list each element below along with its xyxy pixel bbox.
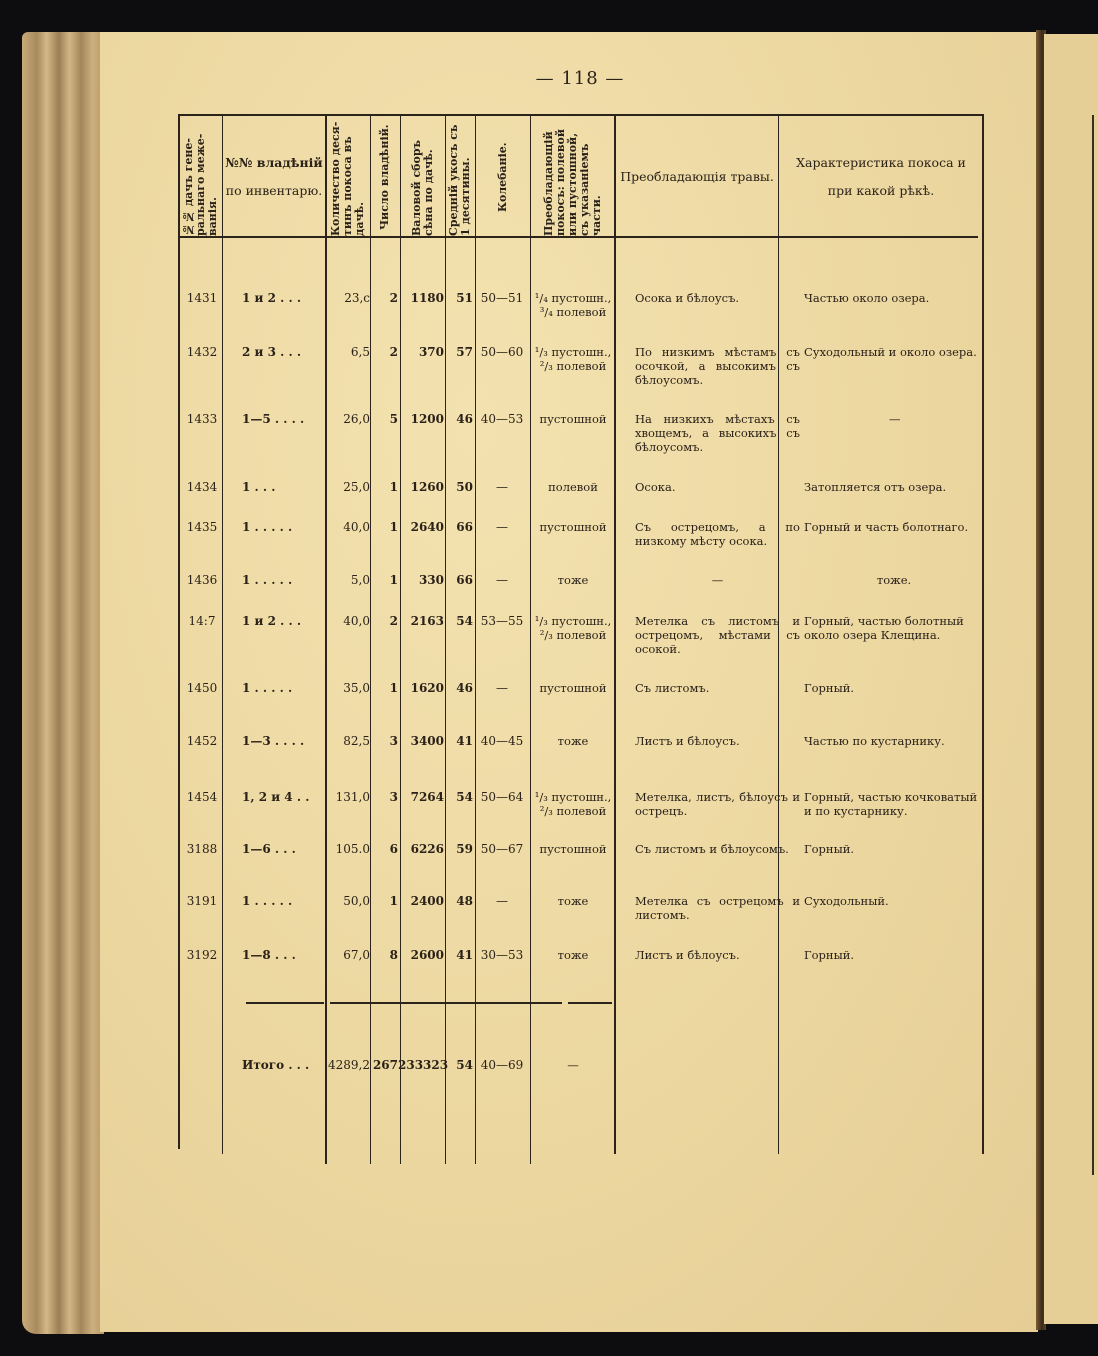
avg-yield: 41 <box>445 948 473 962</box>
gross-yield: 2163 <box>400 614 444 628</box>
header-characteristic: Характеристика покоса и при какой рѣкѣ. <box>782 118 980 236</box>
header-ownership-line2: по инвентарю. <box>226 177 322 205</box>
total-variation: 40—69 <box>475 1058 529 1072</box>
prevailing-type: полевой <box>531 480 615 494</box>
grasses: Осока. <box>635 480 800 494</box>
column-divider <box>475 114 476 1164</box>
header-characteristic-line2: при какой рѣкѣ. <box>828 177 934 205</box>
variation: 50—60 <box>475 345 529 359</box>
header-variation: Колебаніе. <box>477 118 529 236</box>
desyatins-qty: 5,0 <box>326 573 370 587</box>
ownership-range: 1—6 . . . <box>242 842 326 856</box>
characteristic: Суходольный. <box>804 894 984 908</box>
grasses: Листъ и бѣлоусъ. <box>635 948 800 962</box>
prevailing-type: тоже <box>531 573 615 587</box>
hay-statistics-table: №№ дачъ гене-ральнаго меже-ванія. №№ вла… <box>178 114 984 1154</box>
variation: — <box>475 573 529 587</box>
variation: 50—51 <box>475 291 529 305</box>
characteristic: Затопляется отъ озера. <box>804 480 984 494</box>
avg-yield: 54 <box>445 790 473 804</box>
avg-yield: 66 <box>445 520 473 534</box>
dacha-number: 1436 <box>182 573 222 587</box>
dacha-number: 1434 <box>182 480 222 494</box>
total-separator <box>330 1002 562 1004</box>
variation: 50—67 <box>475 842 529 856</box>
gross-yield: 6226 <box>400 842 444 856</box>
gross-yield: 2640 <box>400 520 444 534</box>
prevailing-type: пустошной <box>531 520 615 534</box>
total-label: Итого . . . <box>242 1058 326 1072</box>
owners-count: 1 <box>370 894 398 908</box>
owners-count: 2 <box>370 291 398 305</box>
desyatins-qty: 23,с <box>326 291 370 305</box>
prevailing-type: ¹/₄ пустошн., ³/₄ полевой <box>531 291 615 319</box>
gross-yield: 1180 <box>400 291 444 305</box>
characteristic: Частью около озера. <box>804 291 984 305</box>
table-left-border <box>178 114 180 1149</box>
avg-yield: 46 <box>445 681 473 695</box>
prevailing-type: тоже <box>531 734 615 748</box>
column-divider <box>222 114 223 1154</box>
variation: 40—45 <box>475 734 529 748</box>
page-number: — 118 — <box>0 68 1098 89</box>
owners-count: 5 <box>370 412 398 426</box>
header-desyatins-qty: Количество деся-тинъ покоса въ дачѣ. <box>328 118 368 236</box>
header-grasses: Преобладающія травы. <box>618 118 776 236</box>
characteristic: Горный и часть болотнаго. <box>804 520 984 534</box>
header-owners-count: Число владѣній. <box>372 118 398 236</box>
ownership-range: 1 . . . <box>242 480 326 494</box>
grasses: Метелка съ острецомъ и листомъ. <box>635 894 800 922</box>
characteristic: Горный, частью болотный около озера Клещ… <box>804 614 984 642</box>
variation: 50—64 <box>475 790 529 804</box>
desyatins-qty: 67,0 <box>326 948 370 962</box>
ownership-range: 1 . . . . . <box>242 681 326 695</box>
desyatins-qty: 50,0 <box>326 894 370 908</box>
owners-count: 6 <box>370 842 398 856</box>
header-prevailing-type: Преобладающій покосъ: полевой или пустош… <box>533 118 613 236</box>
ownership-range: 2 и 3 . . . <box>242 345 326 359</box>
owners-count: 2 <box>370 345 398 359</box>
prevailing-type: пустошной <box>531 681 615 695</box>
dacha-number: 1454 <box>182 790 222 804</box>
characteristic: Суходольный и около озера. <box>804 345 984 359</box>
grasses: Съ листомъ и бѣлоусомъ. <box>635 842 800 856</box>
grasses: Метелка съ листомъ и острецомъ, мѣстами … <box>635 614 800 656</box>
dacha-number: 1450 <box>182 681 222 695</box>
total-prevailing-type: — <box>531 1058 615 1072</box>
desyatins-qty: 35,0 <box>326 681 370 695</box>
desyatins-qty: 82,5 <box>326 734 370 748</box>
total-gross-yield: 233323 <box>398 1058 446 1072</box>
gross-yield: 1200 <box>400 412 444 426</box>
avg-yield: 57 <box>445 345 473 359</box>
header-dacha-no: №№ дачъ гене-ральнаго меже-ванія. <box>182 118 220 236</box>
desyatins-qty: 105.0 <box>326 842 370 856</box>
ownership-range: 1 и 2 . . . <box>242 614 326 628</box>
gross-yield: 7264 <box>400 790 444 804</box>
characteristic: Горный, частью кочковатый и по кустарник… <box>804 790 984 818</box>
grasses: Метелка, листъ, бѣлоусъ и острецъ. <box>635 790 800 818</box>
ownership-range: 1 . . . . . <box>242 520 326 534</box>
book-page-edges <box>22 32 104 1334</box>
owners-count: 8 <box>370 948 398 962</box>
avg-yield: 54 <box>445 614 473 628</box>
grasses: Осока и бѣлоусъ. <box>635 291 800 305</box>
grasses: На низкихъ мѣстахъ съ хвощемъ, а высоких… <box>635 412 800 454</box>
header-gross-yield: Валовой сборъ сѣна по дачѣ. <box>402 118 444 236</box>
dacha-number: 1431 <box>182 291 222 305</box>
prevailing-type: тоже <box>531 894 615 908</box>
column-divider <box>325 114 327 1164</box>
characteristic: тоже. <box>804 573 984 587</box>
variation: 53—55 <box>475 614 529 628</box>
table-top-rule <box>178 114 984 116</box>
gross-yield: 1260 <box>400 480 444 494</box>
avg-yield: 50 <box>445 480 473 494</box>
total-avg-yield: 54 <box>445 1058 473 1072</box>
variation: 40—53 <box>475 412 529 426</box>
facing-page-table-rule <box>1092 115 1094 1175</box>
dacha-number: 1452 <box>182 734 222 748</box>
avg-yield: 51 <box>445 291 473 305</box>
grasses: Листъ и бѣлоусъ. <box>635 734 800 748</box>
variation: — <box>475 480 529 494</box>
gross-yield: 2400 <box>400 894 444 908</box>
owners-count: 1 <box>370 520 398 534</box>
ownership-range: 1 . . . . . <box>242 894 326 908</box>
gross-yield: 330 <box>400 573 444 587</box>
ownership-range: 1 . . . . . <box>242 573 326 587</box>
total-owners-count: 267 <box>370 1058 398 1072</box>
dacha-number: 1432 <box>182 345 222 359</box>
prevailing-type: ¹/₃ пустошн., ²/₃ полевой <box>531 345 615 373</box>
desyatins-qty: 25,0 <box>326 480 370 494</box>
prevailing-type: ¹/₃ пустошн., ²/₃ полевой <box>531 614 615 642</box>
header-ownership-line1: №№ владѣній <box>225 149 322 177</box>
desyatins-qty: 40,0 <box>326 614 370 628</box>
ownership-range: 1—8 . . . <box>242 948 326 962</box>
owners-count: 1 <box>370 573 398 587</box>
ownership-range: 1—5 . . . . <box>242 412 326 426</box>
ownership-range: 1, 2 и 4 . . <box>242 790 326 804</box>
dacha-number: 3192 <box>182 948 222 962</box>
characteristic: Горный. <box>804 948 984 962</box>
avg-yield: 41 <box>445 734 473 748</box>
gross-yield: 370 <box>400 345 444 359</box>
header-avg-yield: Средній укосъ съ 1 десятины. <box>447 118 473 236</box>
variation: — <box>475 520 529 534</box>
avg-yield: 46 <box>445 412 473 426</box>
characteristic: Горный. <box>804 681 984 695</box>
dacha-number: 1433 <box>182 412 222 426</box>
gross-yield: 1620 <box>400 681 444 695</box>
avg-yield: 59 <box>445 842 473 856</box>
grasses: Съ листомъ. <box>635 681 800 695</box>
total-separator <box>246 1002 324 1004</box>
characteristic: Частью по кустарнику. <box>804 734 984 748</box>
avg-yield: 66 <box>445 573 473 587</box>
characteristic: Горный. <box>804 842 984 856</box>
desyatins-qty: 131,0 <box>326 790 370 804</box>
prevailing-type: пустошной <box>531 842 615 856</box>
owners-count: 3 <box>370 734 398 748</box>
header-ownership-no: №№ владѣній по инвентарю. <box>224 118 324 236</box>
desyatins-qty: 6,5 <box>326 345 370 359</box>
dacha-number: 3191 <box>182 894 222 908</box>
variation: 30—53 <box>475 948 529 962</box>
desyatins-qty: 40,0 <box>326 520 370 534</box>
owners-count: 3 <box>370 790 398 804</box>
variation: — <box>475 681 529 695</box>
prevailing-type: тоже <box>531 948 615 962</box>
characteristic: — <box>804 412 979 426</box>
owners-count: 2 <box>370 614 398 628</box>
grasses: По низкимъ мѣстамъ съ осочкой, а высоким… <box>635 345 800 387</box>
avg-yield: 48 <box>445 894 473 908</box>
dacha-number: 1435 <box>182 520 222 534</box>
ownership-range: 1—3 . . . . <box>242 734 326 748</box>
total-separator <box>568 1002 612 1004</box>
gross-yield: 3400 <box>400 734 444 748</box>
prevailing-type: пустошной <box>531 412 615 426</box>
ownership-range: 1 и 2 . . . <box>242 291 326 305</box>
owners-count: 1 <box>370 480 398 494</box>
desyatins-qty: 26,0 <box>326 412 370 426</box>
column-divider <box>445 114 446 1164</box>
dacha-number: 3188 <box>182 842 222 856</box>
header-bottom-rule <box>178 236 978 238</box>
variation: — <box>475 894 529 908</box>
owners-count: 1 <box>370 681 398 695</box>
header-characteristic-line1: Характеристика покоса и <box>796 149 966 177</box>
dacha-number: 14:7 <box>182 614 222 628</box>
column-divider <box>400 114 401 1164</box>
grasses: — <box>635 573 800 587</box>
prevailing-type: ¹/₃ пустошн., ²/₃ полевой <box>531 790 615 818</box>
column-divider <box>370 114 371 1164</box>
facing-page-edge <box>1044 34 1098 1324</box>
gross-yield: 2600 <box>400 948 444 962</box>
total-desyatins-qty: 4289,2 <box>326 1058 370 1072</box>
grasses: Съ острецомъ, а по низкому мѣсту осока. <box>635 520 800 548</box>
